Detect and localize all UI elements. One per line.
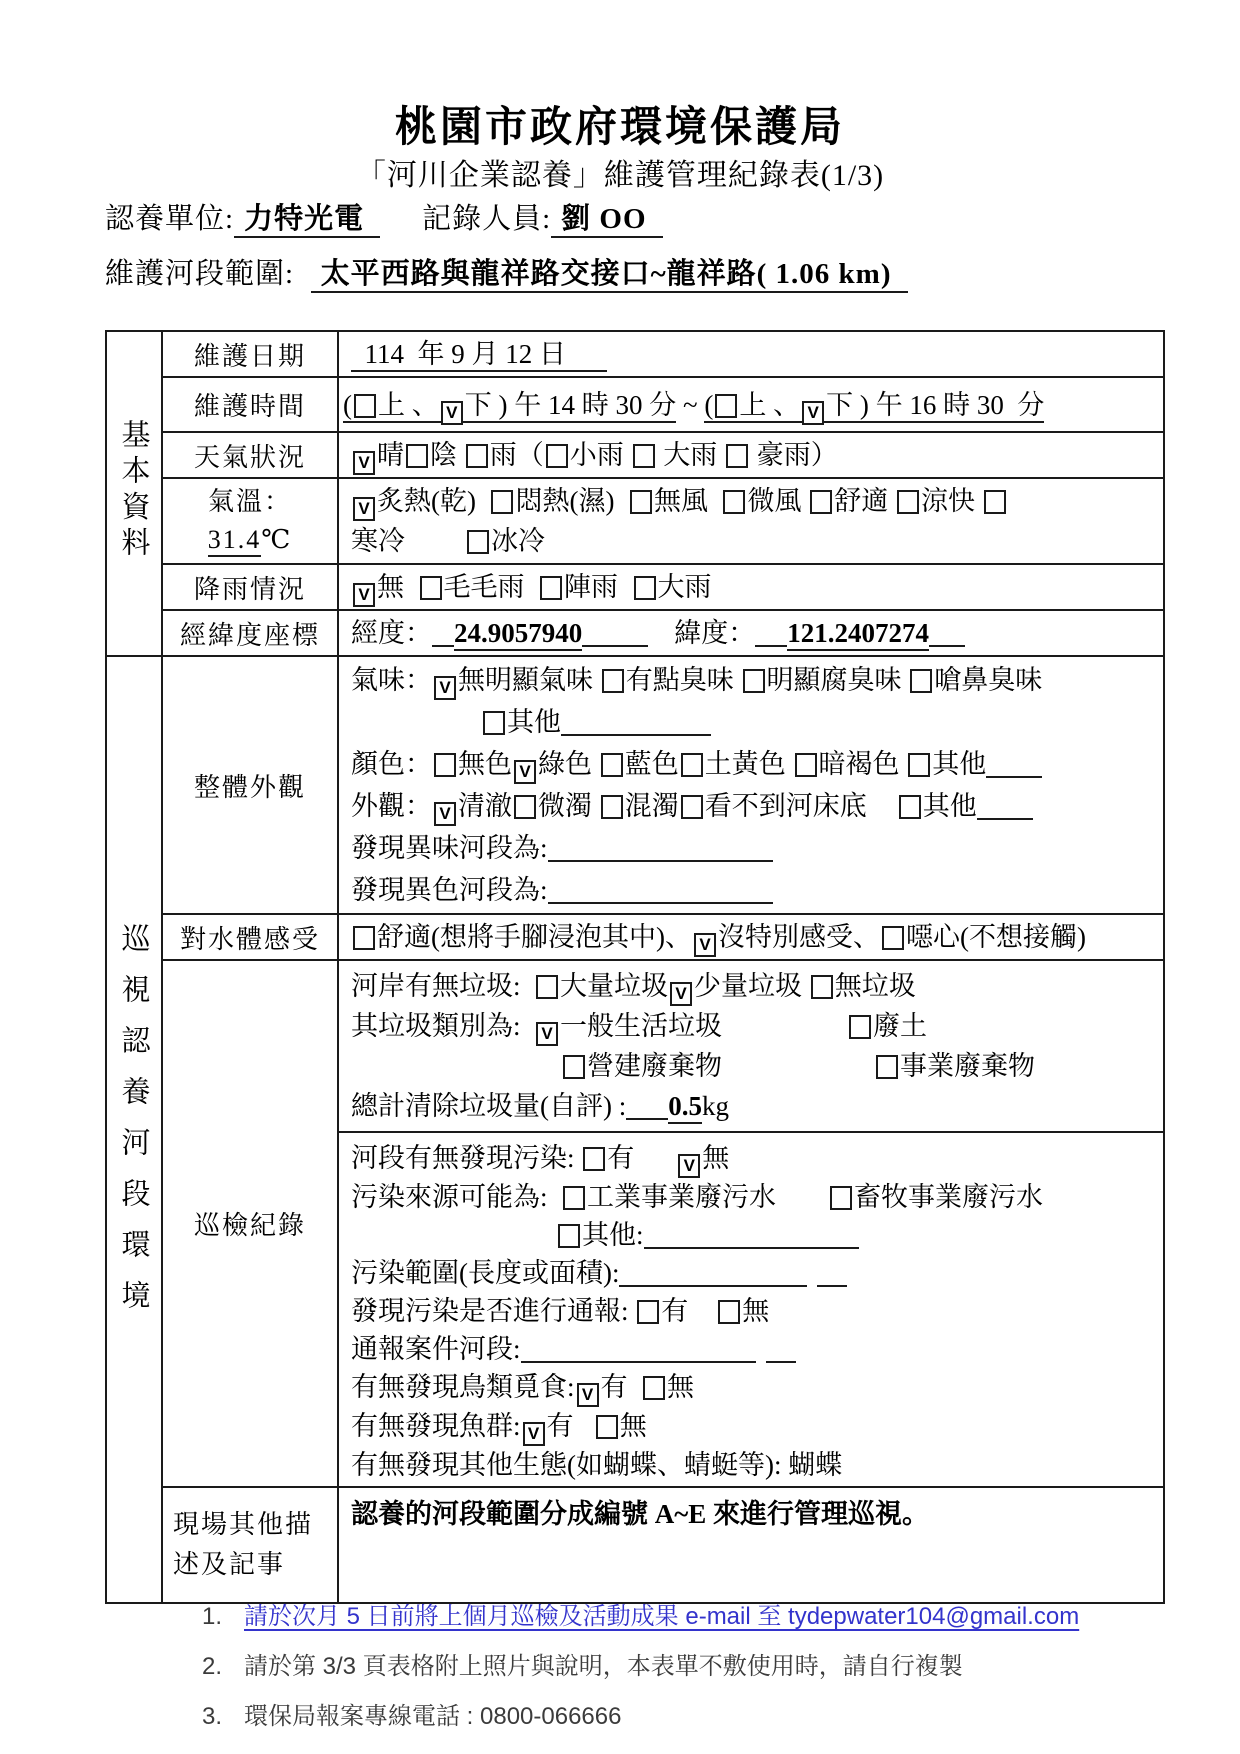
footer-note-1: 1.請於次月 5 日前將上個月巡檢及活動成果 e-mail 至 tydepwat… <box>202 1592 1079 1642</box>
text: 微風 <box>747 486 808 516</box>
blank-line[interactable] <box>929 627 965 647</box>
checkbox[interactable] <box>723 490 745 514</box>
adopt-unit-value[interactable]: 力特光電 <box>234 203 380 238</box>
text: 畜牧事業廢污水 <box>854 1182 1043 1212</box>
cell-overall-appearance: 氣味：V無明顯氣味 有點臭味 明顯腐臭味 嗆鼻臭味其他顏色：無色V綠色 藍色土黃… <box>338 656 1164 914</box>
checkbox-checked[interactable]: V <box>353 583 375 607</box>
text: kg <box>702 1091 729 1121</box>
text: 其他 <box>507 707 561 737</box>
checkbox[interactable] <box>882 926 904 950</box>
row-label-coordinates: 經緯度座標 <box>162 610 338 656</box>
checkbox[interactable] <box>681 795 703 819</box>
checkbox[interactable] <box>897 490 919 514</box>
text: 總計清除垃圾量(自評) : <box>351 1091 626 1121</box>
text: ( <box>704 390 713 420</box>
blank-line[interactable] <box>977 800 1033 820</box>
underlined-run: 0.5 <box>668 1091 702 1124</box>
checkbox-checked[interactable]: V <box>802 401 824 425</box>
underlined-run: 24.9057940 <box>454 618 582 651</box>
checkbox-checked[interactable]: V <box>577 1383 599 1407</box>
text: 有 <box>547 1411 594 1441</box>
checkbox[interactable] <box>726 444 748 468</box>
text: 少量垃圾 <box>694 971 809 1001</box>
checkbox-checked[interactable]: V <box>434 676 456 700</box>
text: 噁心(不想接觸) <box>906 922 1086 952</box>
footer-note-3: 3.環保局報案專線電話 : 0800-066666 <box>202 1692 1079 1742</box>
river-range-label: 維護河段範圍: <box>105 258 294 290</box>
row-label-temperature: 氣溫：31.4℃ <box>162 478 338 564</box>
note-number: 2. <box>202 1642 244 1692</box>
text: 有無發現鳥類覓食: <box>351 1372 575 1402</box>
text: 上 、 <box>739 390 800 420</box>
text: 小雨 <box>570 440 631 470</box>
text: 綠色 <box>538 749 599 779</box>
checkbox[interactable] <box>910 669 932 693</box>
text: 31.4 <box>208 525 262 554</box>
email-report-link[interactable]: 請於次月 5 日前將上個月巡檢及活動成果 e-mail 至 tydepwater… <box>244 1603 1079 1630</box>
checkbox[interactable] <box>634 576 656 600</box>
cell-site-notes: 認養的河段範圍分成編號 A~E 來進行管理巡視。 <box>338 1487 1164 1603</box>
checkbox[interactable] <box>637 1300 659 1324</box>
note-text: 請於第 3/3 頁表格附上照片與說明，本表單不敷使用時，請自行複製 <box>244 1653 963 1680</box>
cell-temperature: V炙熱(乾) 悶熱(濕) 無風 微風 舒適 涼快 寒冷冰冷 <box>338 478 1164 564</box>
form-page: { "glyphs": {"check": "V"}, "header": { … <box>0 0 1240 1754</box>
cell-rainfall: V無 毛毛雨 陣雨 大雨 <box>338 564 1164 610</box>
text: 廢土 <box>873 1011 927 1041</box>
checkbox[interactable] <box>558 1224 580 1248</box>
note-number: 1. <box>202 1592 244 1642</box>
text: 121.2407274 <box>787 618 929 648</box>
checkbox[interactable] <box>420 576 442 600</box>
text: 其他 <box>923 791 977 821</box>
page-title: 桃園市政府環境保護局 <box>0 94 1240 154</box>
checkbox[interactable] <box>583 1147 605 1171</box>
blank-line[interactable] <box>548 884 773 904</box>
text: 微濁 <box>538 791 599 821</box>
blank-line[interactable] <box>766 1343 796 1363</box>
text: 有無發現其他生態(如蝴蝶、蜻蜓等): 蝴蝶 <box>351 1450 842 1480</box>
text: 混濁 <box>625 791 679 821</box>
text: 無明顯氣味 <box>458 665 600 695</box>
blank-line[interactable] <box>521 1343 756 1363</box>
text: 一般生活垃圾 <box>560 1011 722 1041</box>
row-label-weather: 天氣狀況 <box>162 432 338 478</box>
blank-line[interactable] <box>626 1100 668 1120</box>
text: 無色 <box>458 749 512 779</box>
record-table: 基本資料 維護日期 114 年 9 月 12 日 維護時間 (上 、V下 ) 午… <box>105 330 1165 1604</box>
text: ℃ <box>261 525 292 554</box>
text: 有 <box>601 1372 642 1402</box>
recorder-label: 記錄人員: <box>422 203 551 235</box>
row-label-overall-appearance: 整體外觀 <box>162 656 338 914</box>
checkbox[interactable] <box>830 1186 852 1210</box>
text: 有 <box>661 1296 688 1326</box>
text: 涼快 <box>921 486 982 516</box>
text: 豪雨） <box>750 440 838 470</box>
cell-coordinates: 經度：24.9057940緯度：121.2407274 <box>338 610 1164 656</box>
text: 大量垃圾 <box>560 971 668 1001</box>
text: 雨（ <box>490 440 544 470</box>
checkbox[interactable] <box>899 795 921 819</box>
underlined-run: 下 ) 午 14 時 30 分 <box>465 390 677 423</box>
text: ( <box>343 390 352 420</box>
cell-water-feeling: 舒適(想將手腳浸泡其中)、V沒特別感受、噁心(不想接觸) <box>338 914 1164 960</box>
underlined-run: 114 年 9 月 12 日 <box>351 339 607 372</box>
text: 顏色： <box>351 749 432 779</box>
underlined-run: V <box>439 390 465 423</box>
checkbox-checked[interactable]: V <box>353 451 375 475</box>
checkbox[interactable] <box>984 490 1006 514</box>
blank-line[interactable] <box>619 1267 807 1287</box>
checkbox[interactable] <box>491 490 513 514</box>
text: 事業廢棄物 <box>900 1051 1035 1081</box>
cell-garbage-record: 河岸有無垃圾: 大量垃圾V少量垃圾 無垃圾其垃圾類別為: V一般生活垃圾廢土營建… <box>338 960 1164 1132</box>
checkbox[interactable] <box>354 394 376 418</box>
text: 發現污染是否進行通報: <box>351 1296 635 1326</box>
group-patrol-env: 巡視認養河段環境 <box>106 656 162 1603</box>
cell-weather: V晴陰 雨（小雨 大雨 豪雨） <box>338 432 1164 478</box>
text: 藍色 <box>625 749 679 779</box>
blank-line[interactable] <box>548 842 773 862</box>
checkbox-checked[interactable]: V <box>694 933 716 957</box>
checkbox[interactable] <box>546 444 568 468</box>
text: 其他 <box>932 749 986 779</box>
text: 無風 <box>654 486 722 516</box>
form-subtitle: 「河川企業認養」維護管理紀錄表(1/3) <box>0 150 1240 194</box>
text: 有 <box>607 1143 634 1173</box>
blank-line[interactable] <box>582 627 648 647</box>
row-label-site-notes: 現場其他描述及記事 <box>162 1487 338 1603</box>
text: 通報案件河段: <box>351 1334 521 1364</box>
checkbox[interactable] <box>601 795 623 819</box>
text: 上 、 <box>378 390 439 420</box>
text: 無 <box>742 1296 769 1326</box>
checkbox[interactable] <box>563 1186 585 1210</box>
text: 土黃色 <box>705 749 793 779</box>
checkbox[interactable] <box>514 795 536 819</box>
text: 無 <box>667 1372 694 1402</box>
checkbox[interactable] <box>406 444 428 468</box>
text: 工業事業廢污水 <box>587 1182 776 1212</box>
text: 大雨 <box>657 440 725 470</box>
underlined-run: 31.4 <box>208 525 262 557</box>
checkbox[interactable] <box>536 975 558 999</box>
text: 大雨 <box>658 572 712 602</box>
text: 經度： <box>351 618 432 648</box>
checkbox-checked[interactable]: V <box>536 1022 558 1046</box>
cell-maintain-date: 114 年 9 月 12 日 <box>338 331 1164 377</box>
text: 陰 <box>430 440 464 470</box>
checkbox[interactable] <box>467 530 489 554</box>
checkbox[interactable] <box>795 753 817 777</box>
checkbox[interactable] <box>715 394 737 418</box>
checkbox-checked[interactable]: V <box>353 497 375 521</box>
checkbox[interactable] <box>466 444 488 468</box>
row-label-rainfall: 降雨情況 <box>162 564 338 610</box>
checkbox-checked[interactable]: V <box>678 1154 700 1178</box>
text: 嗆鼻臭味 <box>934 665 1042 695</box>
text: 無 <box>620 1411 647 1441</box>
checkbox[interactable] <box>353 926 375 950</box>
checkbox[interactable] <box>602 669 624 693</box>
checkbox[interactable] <box>810 490 832 514</box>
recorder-value[interactable]: 劉 OO <box>551 203 662 238</box>
checkbox[interactable] <box>540 576 562 600</box>
underlined-run <box>352 390 378 423</box>
checkbox[interactable] <box>908 753 930 777</box>
blank-line[interactable] <box>817 1267 847 1287</box>
row-label-maintain-date: 維護日期 <box>162 331 338 377</box>
checkbox[interactable] <box>643 1376 665 1400</box>
text: 看不到河床底 <box>705 791 867 821</box>
checkbox[interactable] <box>596 1415 618 1439</box>
text: 有點臭味 <box>626 665 741 695</box>
blank-line[interactable] <box>432 627 454 647</box>
checkbox[interactable] <box>633 444 655 468</box>
text: 明顯腐臭味 <box>767 665 909 695</box>
text: 無 <box>702 1143 729 1173</box>
note-number: 3. <box>202 1692 244 1742</box>
row-label-water-feeling: 對水體感受 <box>162 914 338 960</box>
cell-pollution-record: 河段有無發現污染: 有V無污染來源可能為: 工業事業廢污水畜牧事業廢污水其他:污… <box>338 1132 1164 1487</box>
text: ~ <box>676 390 704 420</box>
text: 清澈 <box>458 791 512 821</box>
blank-line[interactable] <box>561 716 711 736</box>
text: 污染範圍(長度或面積): <box>351 1258 619 1288</box>
underlined-run: 上 、 <box>378 390 439 423</box>
checkbox-checked[interactable]: V <box>670 982 692 1006</box>
group-basic-info-label: 基本資料 <box>114 419 155 563</box>
checkbox-checked[interactable]: V <box>441 401 463 425</box>
underlined-run: 121.2407274 <box>787 618 929 651</box>
text: 發現異味河段為: <box>351 833 548 863</box>
text: 悶熱(濕) <box>515 486 627 516</box>
text: 舒適(想將手腳浸泡其中)、 <box>377 922 692 952</box>
checkbox[interactable] <box>563 1055 585 1079</box>
note-text: 環保局報案專線電話 : 0800-066666 <box>244 1703 621 1730</box>
group-patrol-env-label: 巡視認養河段環境 <box>114 923 155 1331</box>
checkbox[interactable] <box>601 753 623 777</box>
text: 寒冷 <box>351 526 405 556</box>
text: 氣味： <box>351 665 432 695</box>
text: 其垃圾類別為: <box>351 1011 534 1041</box>
river-range-value[interactable]: 太平西路與龍祥路交接口~龍祥路( 1.06 km) <box>311 258 908 293</box>
text: 炙熱(乾) <box>377 486 489 516</box>
row-label-patrol-record: 巡檢紀錄 <box>162 960 338 1487</box>
underlined-run: ( <box>343 390 352 423</box>
text: 晴 <box>377 440 404 470</box>
underlined-run: 上 、 <box>739 390 800 423</box>
text: 其他: <box>582 1220 644 1250</box>
text: 下 ) 午 14 時 30 分 <box>465 390 677 420</box>
blank-line[interactable] <box>644 1229 859 1249</box>
text: 下 ) 午 16 時 30 分 <box>826 390 1044 420</box>
text: 河段有無發現污染: <box>351 1143 581 1173</box>
checkbox[interactable] <box>483 711 505 735</box>
underlined-run: V <box>800 390 826 423</box>
text: 114 年 9 月 12 日 <box>351 339 607 369</box>
adopt-unit-line: 認養單位:力特光電記錄人員:劉 OO <box>105 196 663 237</box>
text: 營建廢棄物 <box>587 1051 722 1081</box>
checkbox[interactable] <box>434 753 456 777</box>
river-range-line: 維護河段範圍: 太平西路與龍祥路交接口~龍祥路( 1.06 km) <box>105 251 908 292</box>
group-basic-info: 基本資料 <box>106 331 162 656</box>
text: 認養的河段範圍分成編號 A~E 來進行管理巡視。 <box>351 1499 929 1529</box>
footer-note-2: 2.請於第 3/3 頁表格附上照片與說明，本表單不敷使用時，請自行複製 <box>202 1642 1079 1692</box>
checkbox-checked[interactable]: V <box>434 802 456 826</box>
text: 污染來源可能為: <box>351 1182 561 1212</box>
text: 發現異色河段為: <box>351 875 548 905</box>
text: 無 <box>377 572 418 602</box>
text: 舒適 <box>834 486 895 516</box>
blank-line[interactable] <box>986 758 1042 778</box>
text: 沒特別感受、 <box>718 922 880 952</box>
checkbox[interactable] <box>718 1300 740 1324</box>
underlined-run: 下 ) 午 16 時 30 分 <box>826 390 1044 423</box>
text: 冰冷 <box>491 526 545 556</box>
underlined-run: ( <box>704 390 713 423</box>
blank-line[interactable] <box>755 627 787 647</box>
checkbox-checked[interactable]: V <box>514 760 536 784</box>
text: 0.5 <box>668 1091 702 1121</box>
checkbox-checked[interactable]: V <box>523 1422 545 1446</box>
adopt-unit-label: 認養單位: <box>105 203 234 235</box>
text: 毛毛雨 <box>444 572 539 602</box>
checkbox[interactable] <box>630 490 652 514</box>
text: 暗褐色 <box>819 749 907 779</box>
checkbox[interactable] <box>849 1015 871 1039</box>
text: 24.9057940 <box>454 618 582 648</box>
text: 氣溫： <box>208 487 292 516</box>
text: 無垃圾 <box>835 971 916 1001</box>
footer-notes: 1.請於次月 5 日前將上個月巡檢及活動成果 e-mail 至 tydepwat… <box>202 1592 1079 1742</box>
checkbox[interactable] <box>876 1055 898 1079</box>
underlined-run <box>713 390 739 423</box>
text: 有無發現魚群: <box>351 1411 521 1441</box>
text: 河岸有無垃圾: <box>351 971 534 1001</box>
text: 外觀： <box>351 791 432 821</box>
checkbox[interactable] <box>811 975 833 999</box>
checkbox[interactable] <box>743 669 765 693</box>
text: 緯度： <box>674 618 755 648</box>
row-label-maintain-time: 維護時間 <box>162 377 338 432</box>
checkbox[interactable] <box>681 753 703 777</box>
text: 陣雨 <box>564 572 632 602</box>
cell-maintain-time: (上 、V下 ) 午 14 時 30 分 ~ (上 、V下 ) 午 16 時 3… <box>338 377 1164 432</box>
